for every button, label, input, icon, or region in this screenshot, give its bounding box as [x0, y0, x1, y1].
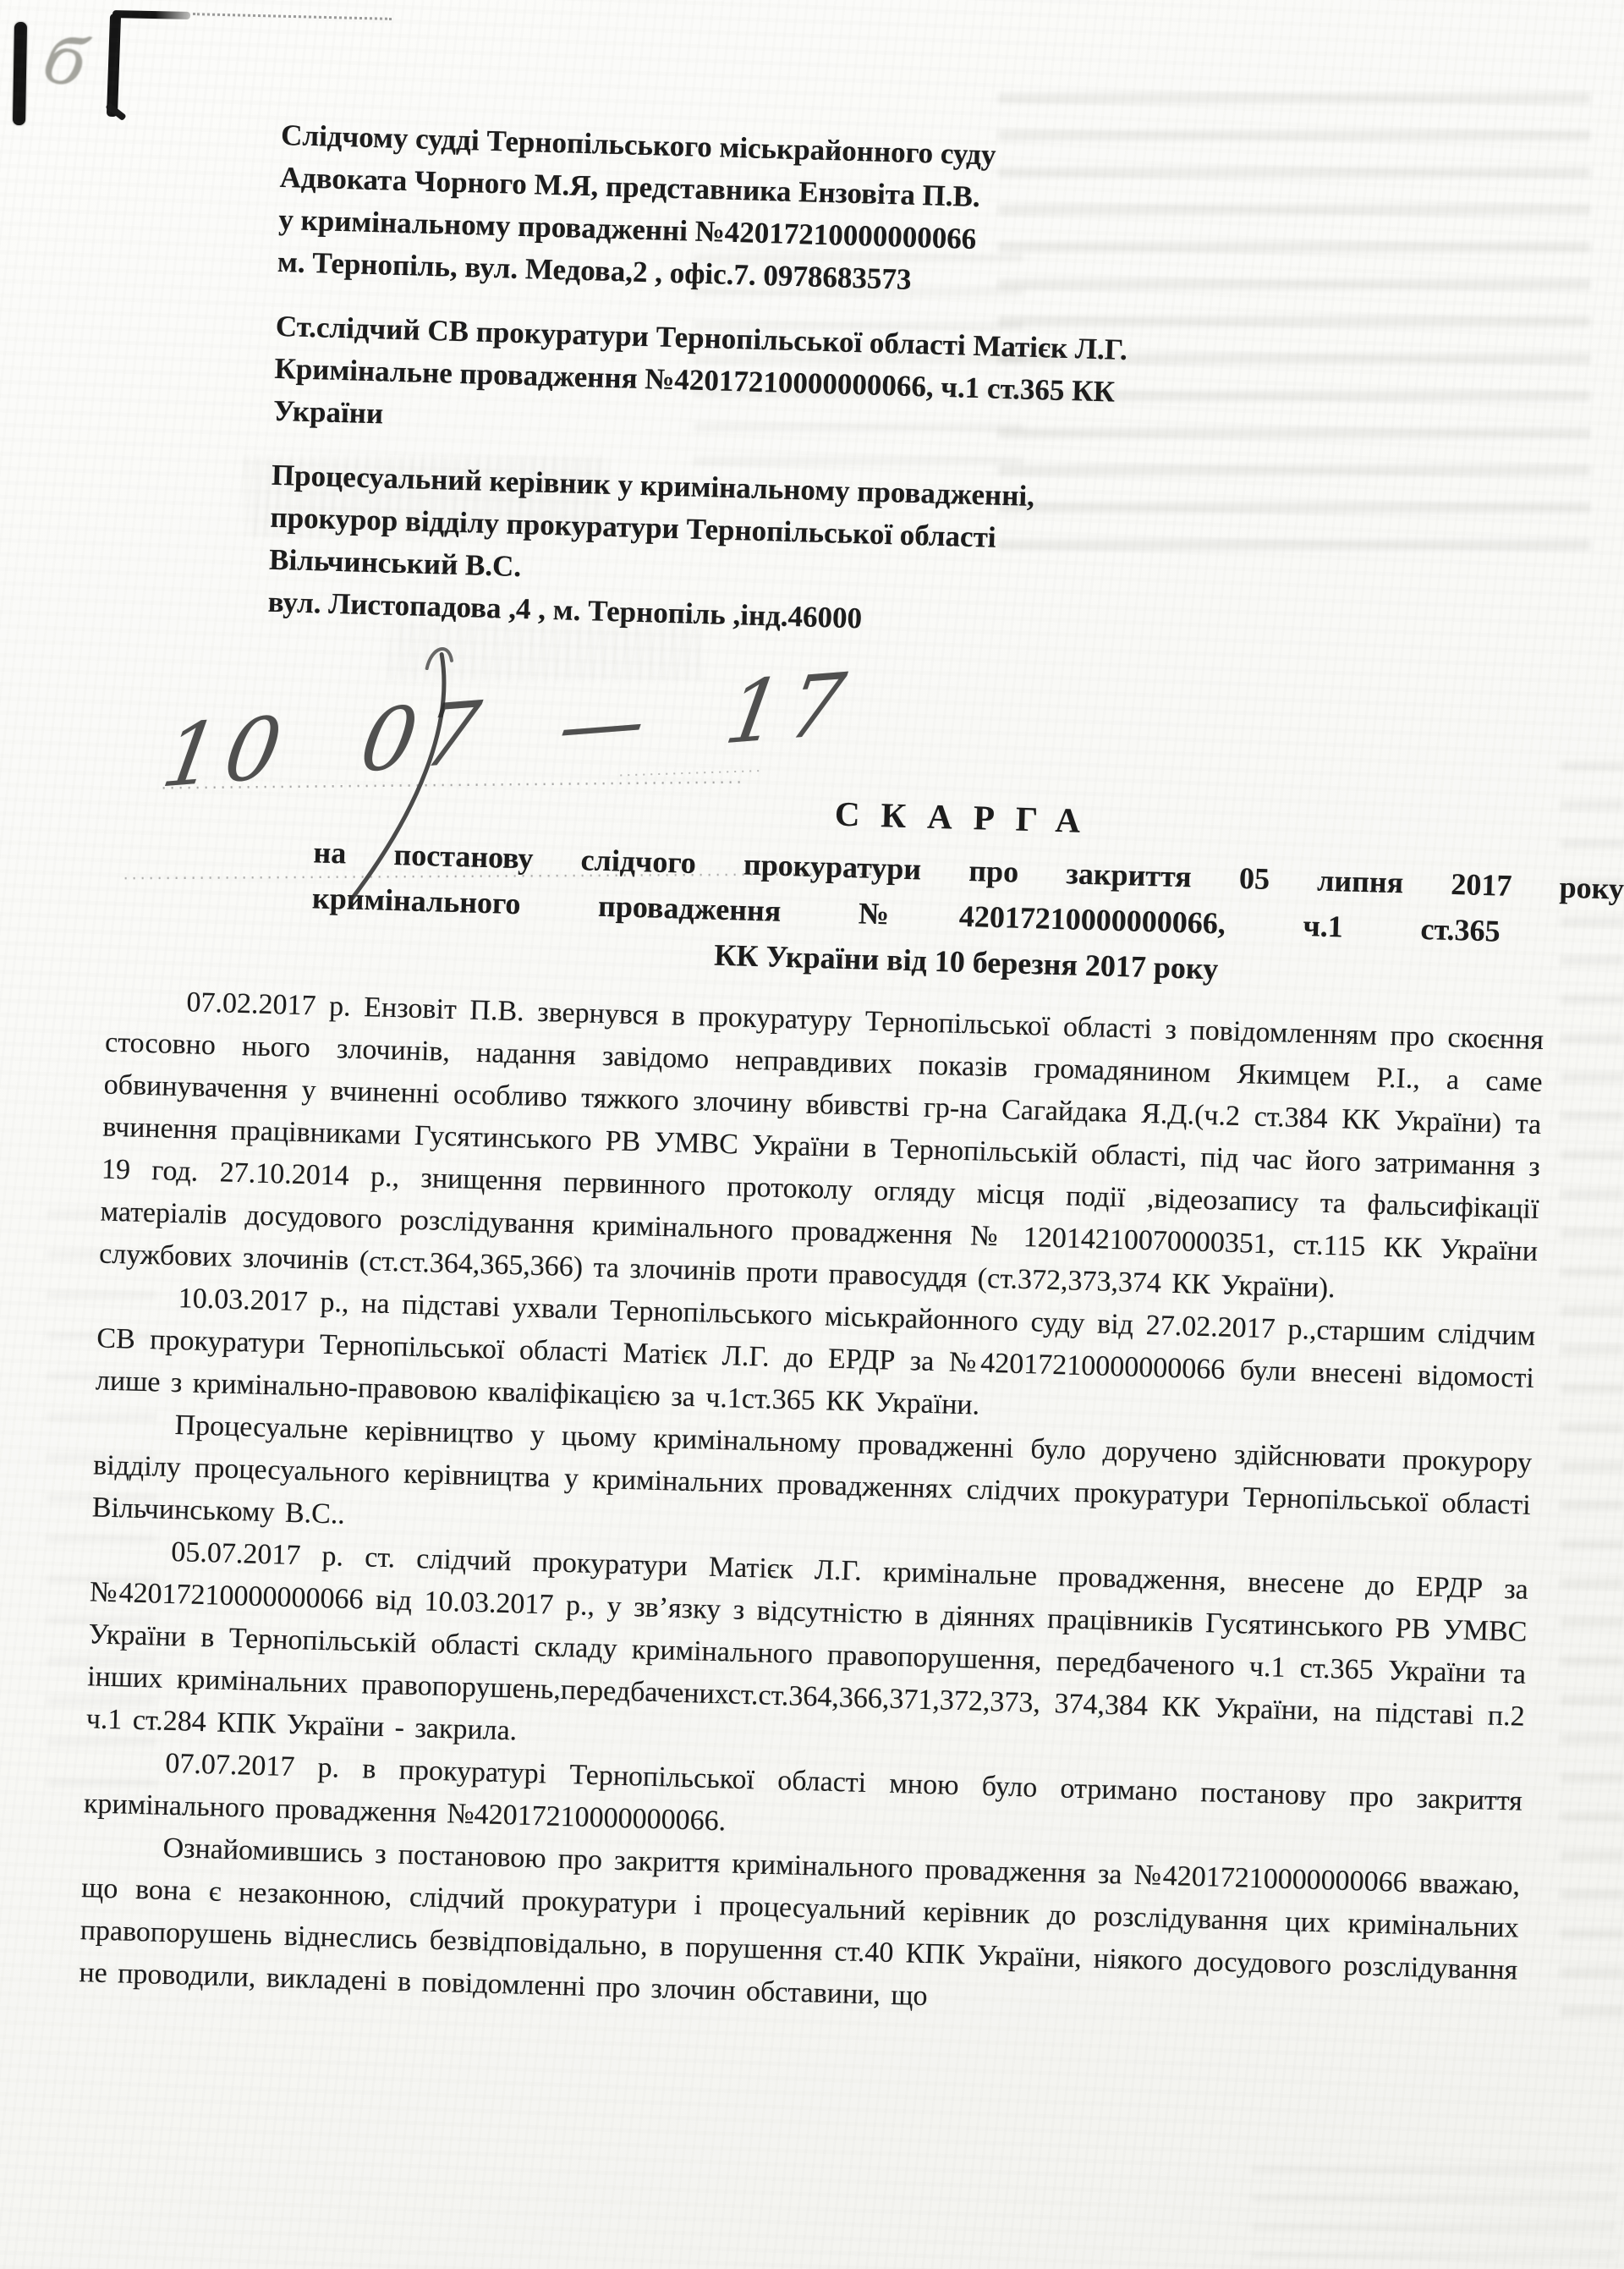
address-header: Слідчому судді Тернопільського міськрайо…: [267, 114, 1418, 655]
handwritten-registration-area: 10 07 — 17: [112, 641, 1554, 808]
body-paragraph: 05.07.2017 р. ст. слідчий прокуратури Ма…: [85, 1529, 1528, 1780]
pencil-page-mark: б: [30, 20, 102, 103]
complaint-body: 07.02.2017 р. Ензовіт П.В. звернувся в п…: [79, 980, 1544, 2035]
scan-dotted-trail-artifact: [193, 13, 392, 20]
complaint-document: Слідчому судді Тернопільського міськрайо…: [79, 110, 1569, 2035]
scan-bracket-artifact: [107, 14, 121, 117]
investigator-block: Ст.слідчий СВ прокуратури Тернопільської…: [272, 305, 1413, 464]
scanned-page: б Слідчому судді Тернопільського міськра…: [0, 0, 1624, 2269]
scan-edge-bar-artifact: [13, 22, 27, 125]
recipient-court-block: Слідчому судді Тернопільського міськрайо…: [277, 114, 1418, 315]
bleedthrough-artifact: [1252, 2166, 1616, 2259]
prosecutor-block: Процесуальний керівник у кримінальному п…: [267, 454, 1409, 655]
document-subtitle: на постанову слідчого прокуратури про за…: [310, 829, 1624, 1003]
scan-bracket-artifact: [112, 10, 190, 19]
body-paragraph: 07.02.2017 р. Ензовіт П.В. звернувся в п…: [99, 980, 1544, 1316]
